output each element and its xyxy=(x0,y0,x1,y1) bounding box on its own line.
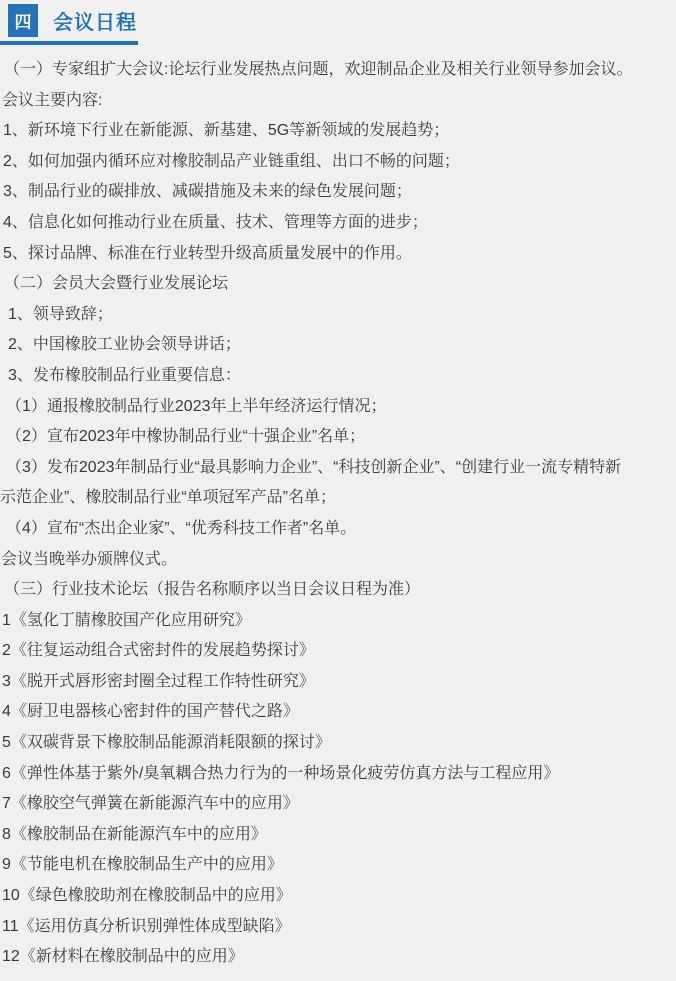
agenda-line: 3《脱开式唇形密封圈全过程工作特性研究》 xyxy=(0,667,676,698)
agenda-line: 7《橡胶空气弹簧在新能源汽车中的应用》 xyxy=(0,789,676,820)
agenda-line: 1、领导致辞； xyxy=(0,300,676,331)
agenda-line: 会议主要内容: xyxy=(0,86,676,117)
agenda-line: 2、中国橡胶工业协会领导讲话； xyxy=(0,330,676,361)
agenda-line: 8《橡胶制品在新能源汽车中的应用》 xyxy=(0,820,676,851)
agenda-line: 9《节能电机在橡胶制品生产中的应用》 xyxy=(0,850,676,881)
agenda-line: （1）通报橡胶制品行业2023年上半年经济运行情况； xyxy=(0,392,676,423)
agenda-line: 2、如何加强内循环应对橡胶制品产业链重组、出口不畅的问题； xyxy=(0,147,676,178)
agenda-line: 会议当晚举办颁牌仪式。 xyxy=(0,545,676,576)
agenda-line: （二）会员大会暨行业发展论坛 xyxy=(0,269,676,300)
agenda-line: 3、发布橡胶制品行业重要信息： xyxy=(0,361,676,392)
agenda-line: 6《弹性体基于紫外/臭氧耦合热力行为的一种场景化疲劳仿真方法与工程应用》 xyxy=(0,759,676,790)
agenda-line: （3）发布2023年制品行业“最具影响力企业”、“科技创新企业”、“创建行业一流… xyxy=(0,453,676,484)
agenda-line: 5、探讨品牌、标准在行业转型升级高质量发展中的作用。 xyxy=(0,239,676,270)
agenda-line: 12《新材料在橡胶制品中的应用》 xyxy=(0,942,676,973)
agenda-line: 1、新环境下行业在新能源、新基建、5G等新领域的发展趋势； xyxy=(0,116,676,147)
section-header: 四 会议日程 xyxy=(0,0,676,37)
agenda-content: （一）专家组扩大会议:论坛行业发展热点问题，欢迎制品企业及相关行业领导参加会议。… xyxy=(0,45,676,973)
page-title: 会议日程 xyxy=(53,6,137,35)
agenda-line: 5《双碳背景下橡胶制品能源消耗限额的探讨》 xyxy=(0,728,676,759)
agenda-line: 4《厨卫电器核心密封件的国产替代之路》 xyxy=(0,697,676,728)
agenda-line: （4）宣布“杰出企业家”、“优秀科技工作者”名单。 xyxy=(0,514,676,545)
agenda-line: 1《氢化丁腈橡胶国产化应用研究》 xyxy=(0,606,676,637)
agenda-page: 四 会议日程 （一）专家组扩大会议:论坛行业发展热点问题，欢迎制品企业及相关行业… xyxy=(0,0,676,981)
agenda-line: 示范企业”、橡胶制品行业“单项冠军产品”名单； xyxy=(0,483,676,514)
agenda-line: 10《绿色橡胶助剂在橡胶制品中的应用》 xyxy=(0,881,676,912)
agenda-line: 3、制品行业的碳排放、减碳措施及未来的绿色发展问题； xyxy=(0,177,676,208)
section-number-badge: 四 xyxy=(8,4,38,37)
agenda-line: 2《往复运动组合式密封件的发展趋势探讨》 xyxy=(0,636,676,667)
agenda-line: （三）行业技术论坛（报告名称顺序以当日会议日程为准） xyxy=(0,575,676,606)
agenda-line: （一）专家组扩大会议:论坛行业发展热点问题，欢迎制品企业及相关行业领导参加会议。 xyxy=(0,55,676,86)
agenda-line: （2）宣布2023年中橡协制品行业“十强企业”名单； xyxy=(0,422,676,453)
agenda-line: 4、信息化如何推动行业在质量、技术、管理等方面的进步； xyxy=(0,208,676,239)
agenda-line: 11《运用仿真分析识别弹性体成型缺陷》 xyxy=(0,912,676,943)
